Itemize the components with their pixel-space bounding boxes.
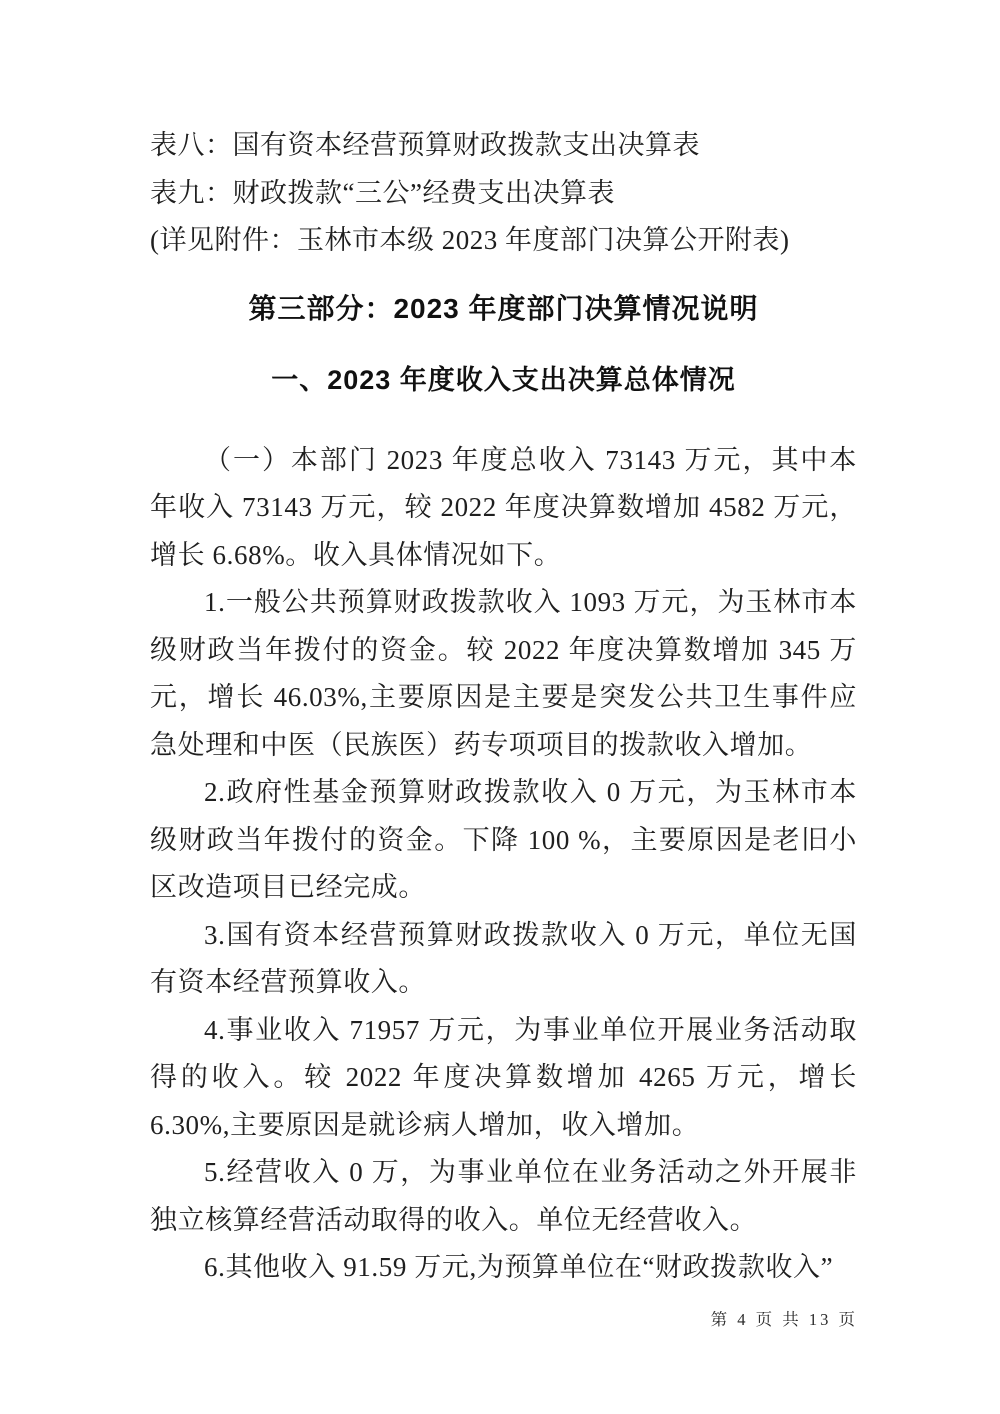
document-page: 表八：国有资本经营预算财政拨款支出决算表 表九：财政拨款“三公”经费支出决算表 … (0, 0, 1000, 1414)
body-paragraph-government-fund: 2.政府性基金预算财政拨款收入 0 万元，为玉林市本级财政当年拨付的资金。下降 … (150, 769, 857, 912)
body-paragraph-other-income: 6.其他收入 91.59 万元,为预算单位在“财政拨款收入” (150, 1244, 857, 1292)
page-number-footer: 第 4 页 共 13 页 (711, 1306, 858, 1330)
toc-line-table-8: 表八：国有资本经营预算财政拨款支出决算表 (150, 122, 857, 170)
body-paragraph-operating-income: 5.经营收入 0 万，为事业单位在业务活动之外开展非独立核算经营活动取得的收入。… (150, 1149, 857, 1244)
body-paragraph-total-income: （一）本部门 2023 年度总收入 73143 万元，其中本年收入 73143 … (150, 437, 857, 580)
section-heading: 第三部分：2023 年度部门决算情况说明 (150, 285, 857, 333)
toc-line-table-9: 表九：财政拨款“三公”经费支出决算表 (150, 170, 857, 218)
body-paragraph-state-capital: 3.国有资本经营预算财政拨款收入 0 万元，单位无国有资本经营预算收入。 (150, 912, 857, 1007)
body-paragraph-general-public-budget: 1.一般公共预算财政拨款收入 1093 万元，为玉林市本级财政当年拨付的资金。较… (150, 579, 857, 769)
toc-line-attachment-note: (详见附件：玉林市本级 2023 年度部门决算公开附表) (150, 217, 857, 265)
body-paragraph-business-income: 4.事业收入 71957 万元，为事业单位开展业务活动取得的收入。较 2022 … (150, 1007, 857, 1150)
sub-heading: 一、2023 年度收入支出决算总体情况 (150, 357, 857, 405)
document-content: 表八：国有资本经营预算财政拨款支出决算表 表九：财政拨款“三公”经费支出决算表 … (150, 122, 857, 1292)
